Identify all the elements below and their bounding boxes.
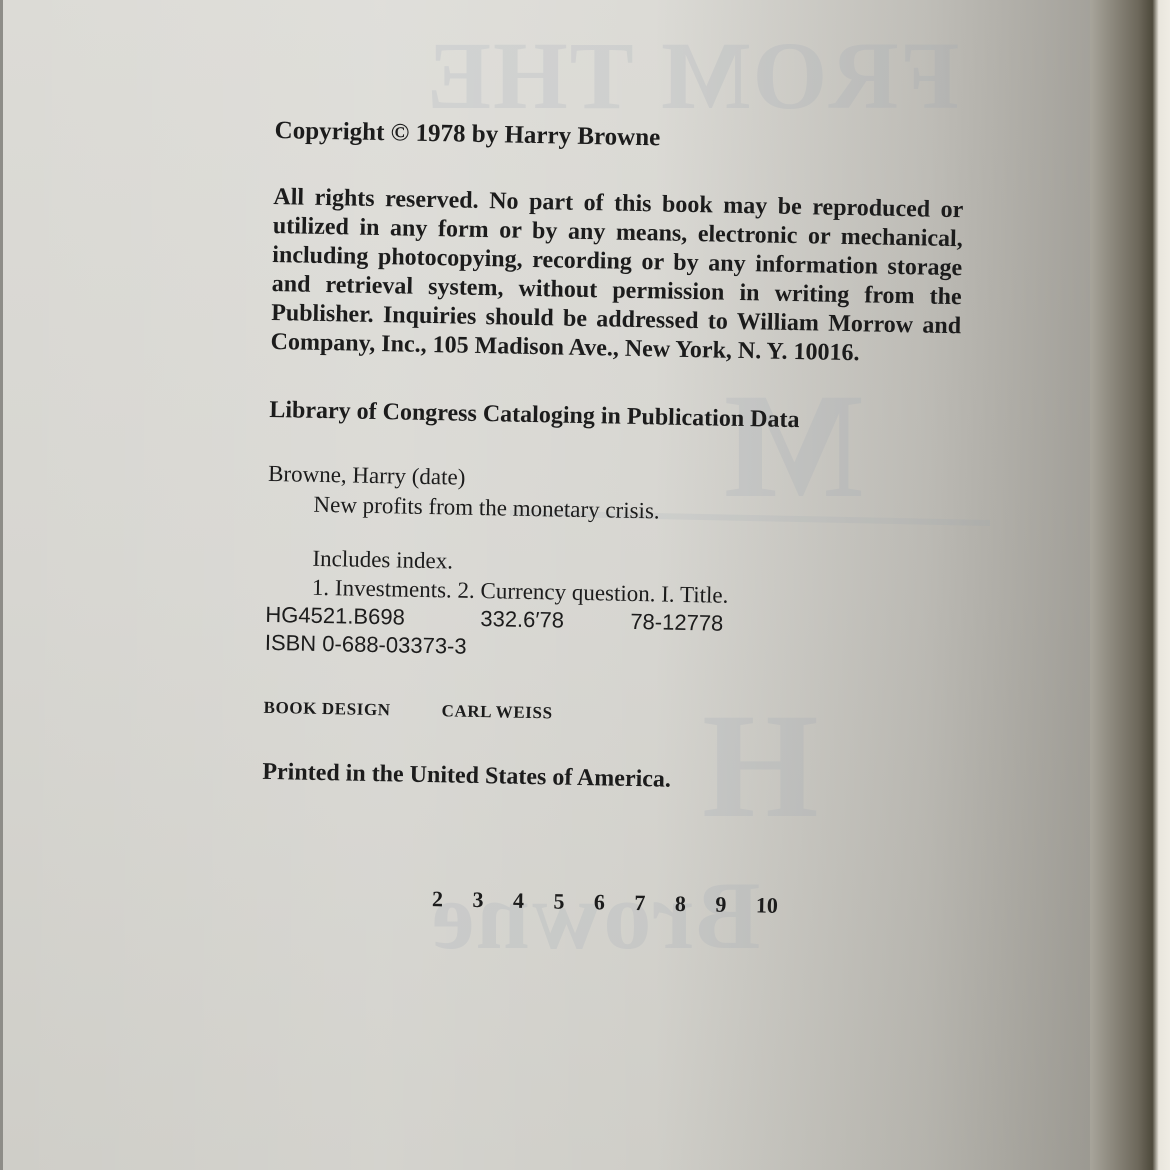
rights-statement: All rights reserved. No part of this boo… — [270, 183, 963, 370]
printing-number: 8 — [675, 890, 716, 919]
cip-block: Browne, Harry (date) New profits from th… — [265, 459, 969, 670]
printing-number: 10 — [756, 891, 797, 920]
printing-number: 4 — [513, 887, 554, 916]
printing-number: 5 — [553, 887, 594, 916]
cip-heading: Library of Congress Cataloging in Public… — [269, 395, 969, 438]
printing-number: 6 — [594, 888, 635, 917]
book-design-label: BOOK DESIGN — [263, 697, 441, 722]
printing-number: 3 — [472, 886, 513, 915]
book-page: FROM THE M H Browne Copyright © 1978 by … — [0, 0, 1090, 1170]
printed-in-statement: Printed in the United States of America. — [262, 757, 962, 800]
printing-number: 7 — [634, 889, 675, 918]
printing-number: 2 — [432, 885, 473, 914]
page-gutter-edge — [1090, 0, 1170, 1170]
book-design-credit: BOOK DESIGN CARL WEISS — [263, 697, 963, 732]
printing-line: 2 3 4 5 6 7 8 9 10 — [432, 885, 960, 923]
printing-number: 9 — [715, 891, 756, 920]
copyright-line: Copyright © 1978 by Harry Browne — [274, 115, 974, 160]
copyright-page-text: Copyright © 1978 by Harry Browne All rig… — [260, 115, 975, 923]
book-designer-name: CARL WEISS — [441, 700, 552, 724]
cip-lccn: 78-12778 — [630, 608, 781, 639]
cip-call-number: HG4521.B698 — [265, 601, 480, 633]
show-through-text: FROM THE — [425, 20, 959, 131]
cip-dewey-number: 332.6′78 — [480, 605, 631, 636]
